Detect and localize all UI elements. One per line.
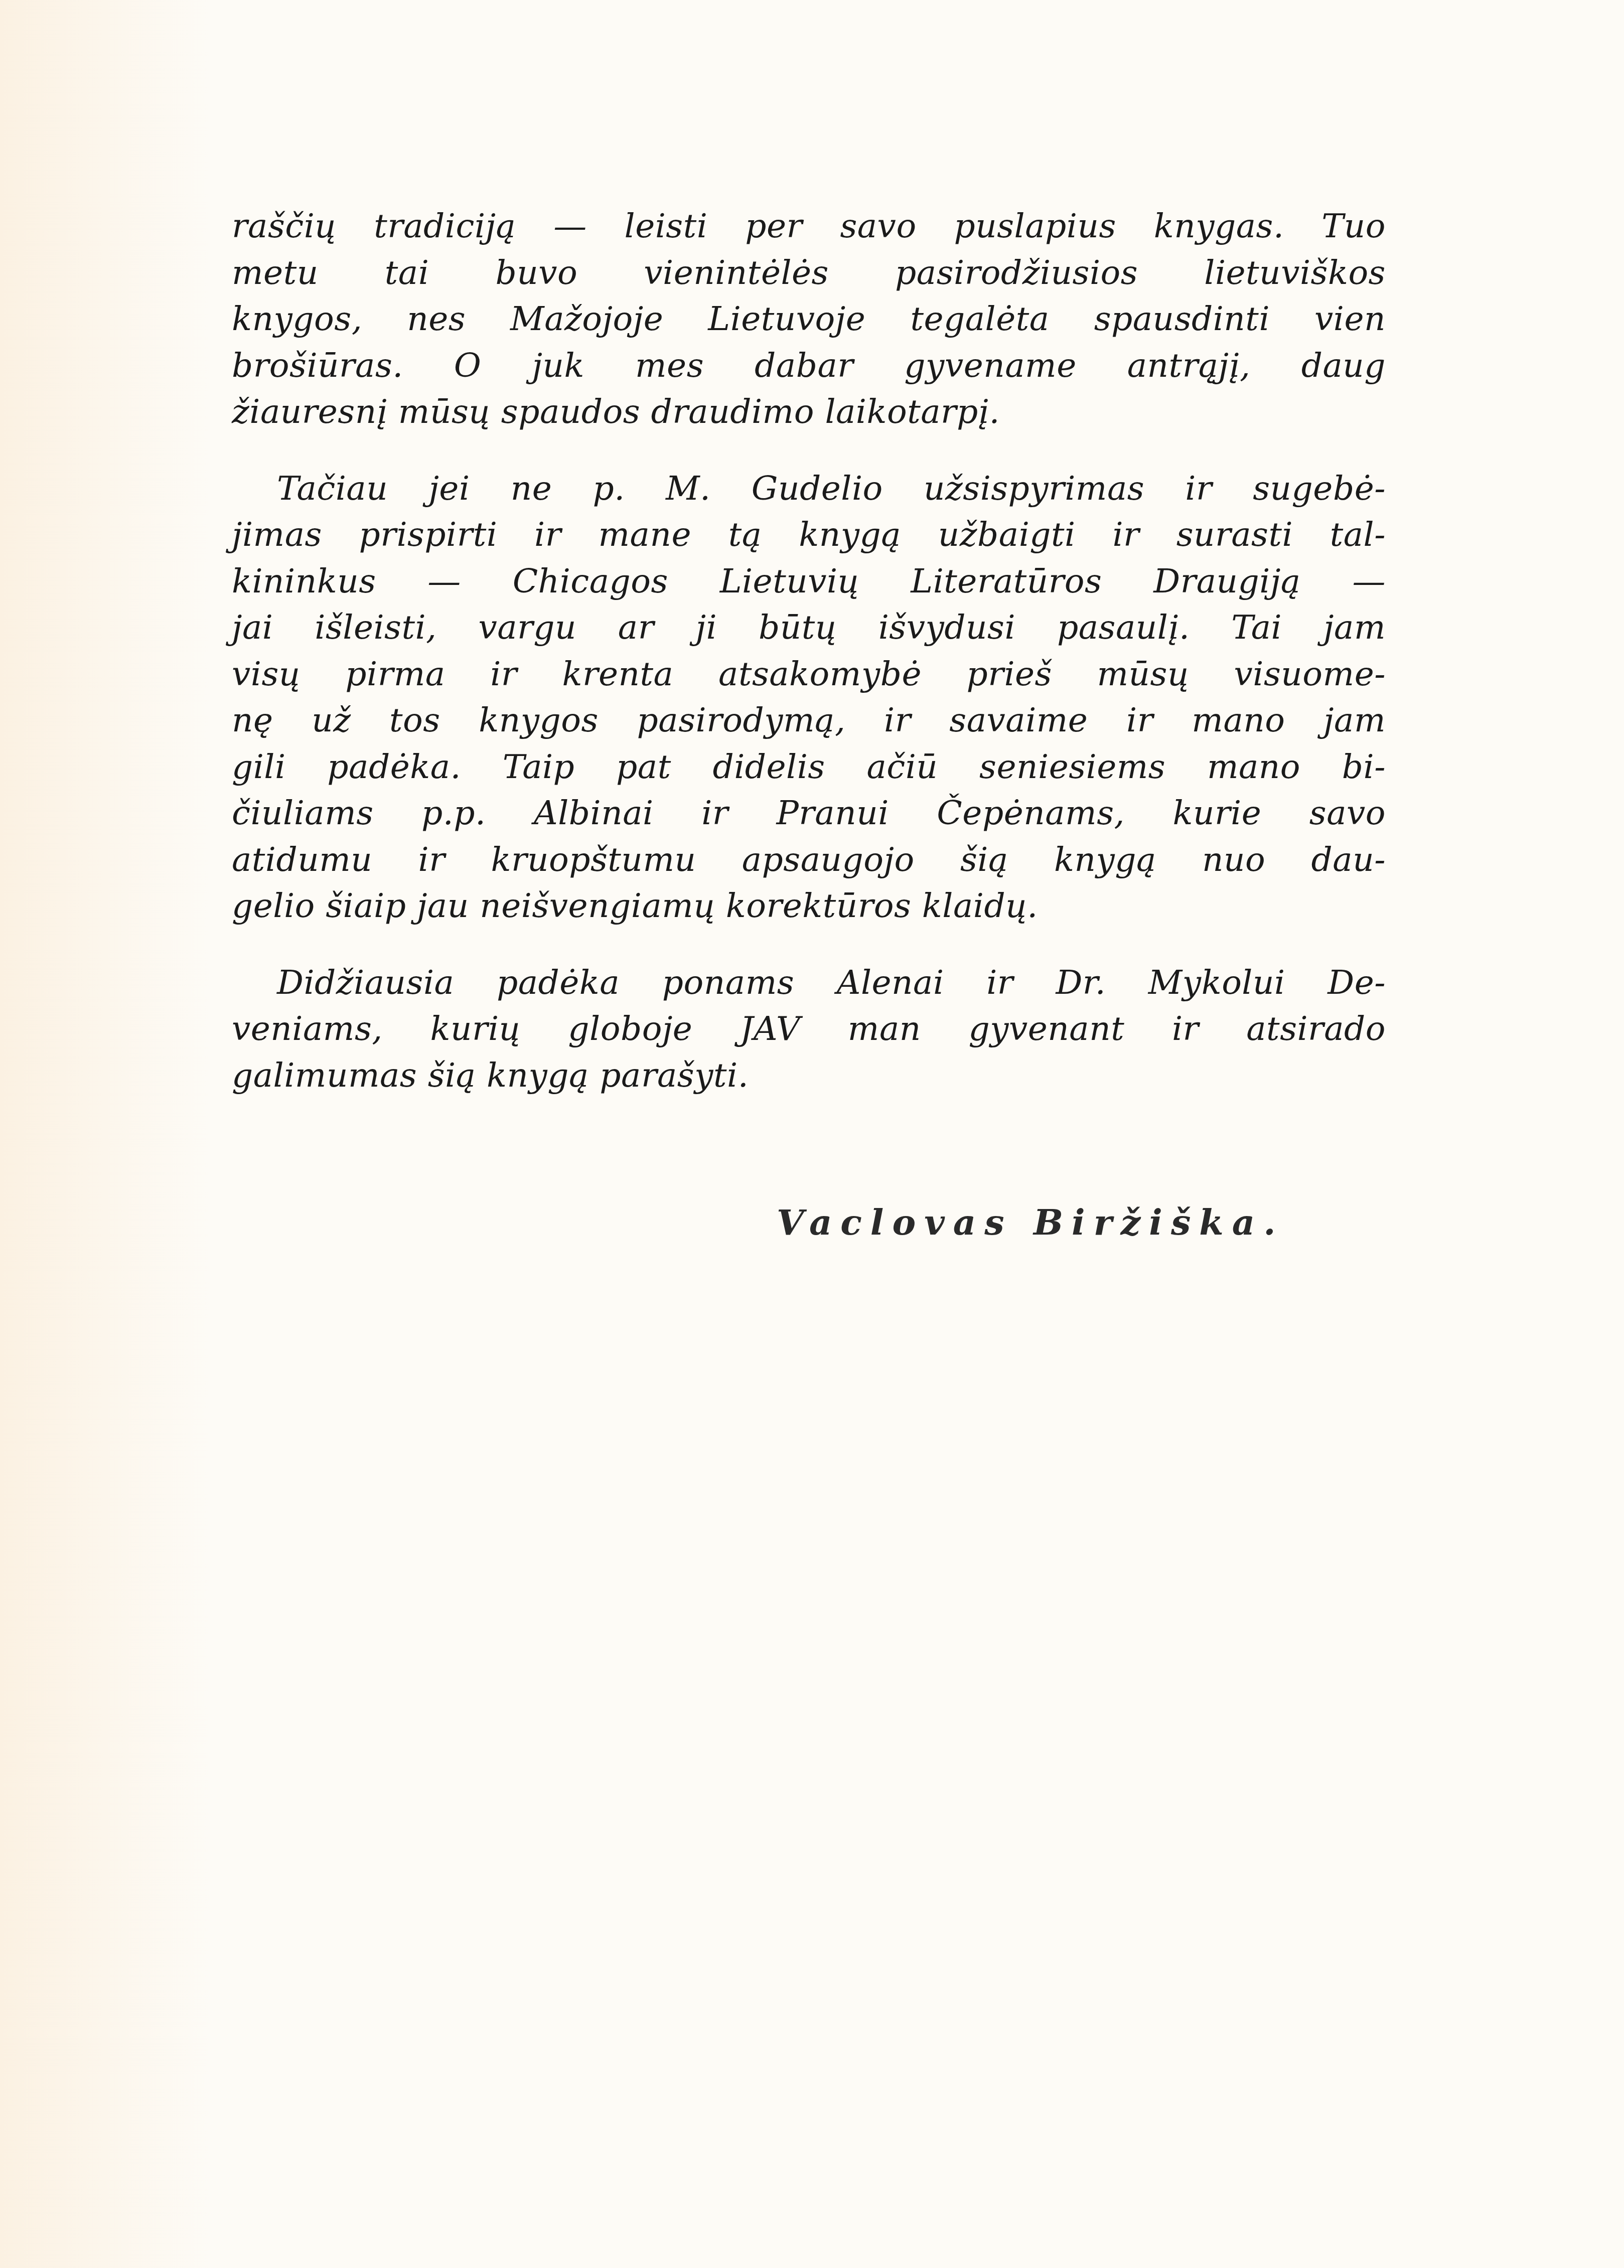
text-line: raščių tradiciją — leisti per savo pusla… [232,203,1386,250]
text-line: čiuliams p.p. Albinai ir Pranui Čepėnams… [232,790,1386,837]
text-line: kininkus — Chicagos Lietuvių Literatūros… [232,558,1386,605]
author-signature: Vaclovas Biržiška. [777,1201,1284,1243]
text-line: nę už tos knygos pasirodymą, ir savaime … [232,697,1386,744]
text-line: galimumas šią knygą parašyti. [232,1052,1386,1099]
text-line: Didžiausia padėka ponams Alenai ir Dr. M… [232,960,1386,1006]
text-line: gelio šiaip jau neišvengiamų korektūros … [232,883,1386,930]
text-line: jimas prispirti ir mane tą knygą užbaigt… [232,512,1386,558]
paragraph-1: raščių tradiciją — leisti per savo pusla… [232,203,1386,435]
text-line: veniams, kurių globoje JAV man gyvenant … [232,1006,1386,1052]
text-line: atidumu ir kruopštumu apsaugojo šią knyg… [232,837,1386,883]
paragraph-2: Tačiau jei ne p. M. Gudelio užsispyrimas… [232,466,1386,930]
text-line: jai išleisti, vargu ar ji būtų išvydusi … [232,604,1386,651]
page-edge-shading [0,0,211,2268]
text-line: žiauresnį mūsų spaudos draudimo laikotar… [232,389,1386,435]
text-line: metu tai buvo vienintėlės pasirodžiusios… [232,250,1386,296]
text-line: brošiūras. O juk mes dabar gyvename antr… [232,343,1386,389]
text-line: Tačiau jei ne p. M. Gudelio užsispyrimas… [232,466,1386,512]
paragraph-3: Didžiausia padėka ponams Alenai ir Dr. M… [232,960,1386,1099]
text-line: visų pirma ir krenta atsakomybė prieš mū… [232,651,1386,698]
text-line: knygos, nes Mažojoje Lietuvoje tegalėta … [232,296,1386,343]
body-text: raščių tradiciją — leisti per savo pusla… [232,203,1386,1129]
text-line: gili padėka. Taip pat didelis ačiū senie… [232,744,1386,791]
